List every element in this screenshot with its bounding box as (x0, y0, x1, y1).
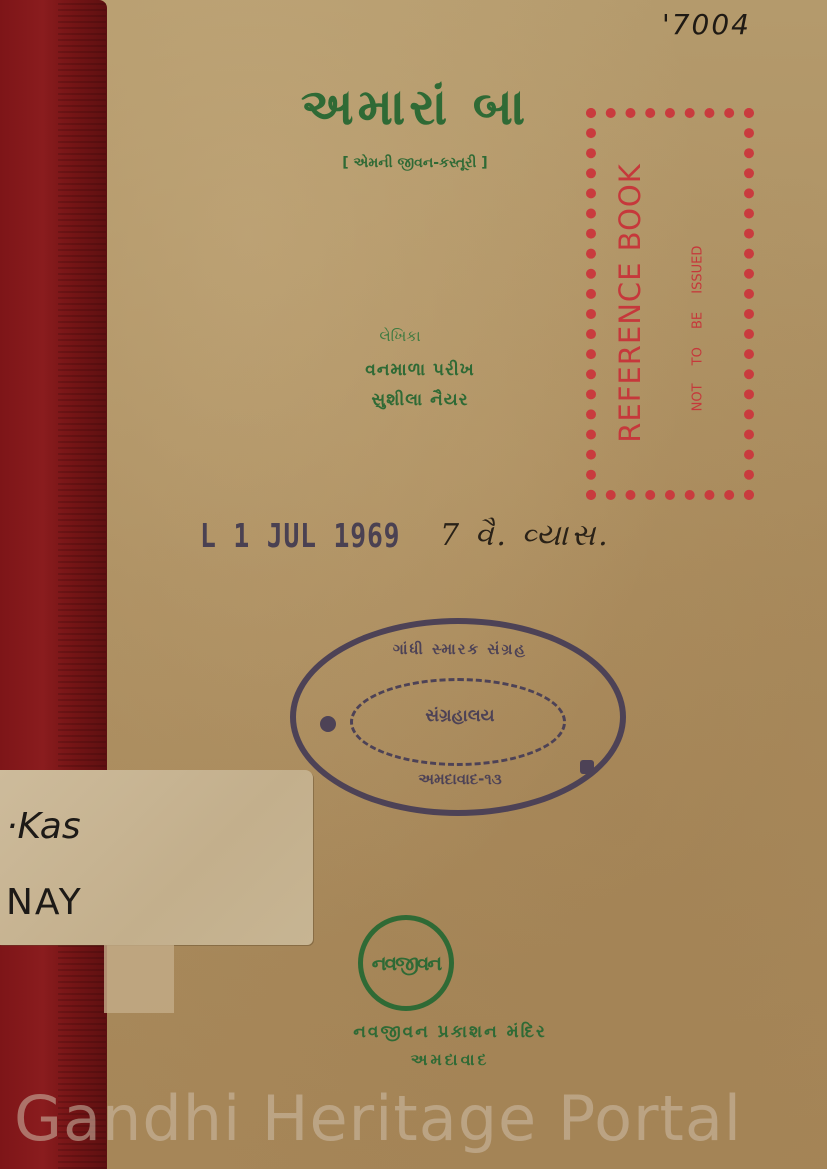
book-spine (0, 0, 107, 1169)
reference-stamp-sub-text: NOT TO BE ISSUED (691, 245, 706, 411)
book-subtitle: [ એમની જીવન-કસ્તૂરી ] (300, 155, 530, 171)
publisher-logo-icon: નવજીવન (358, 915, 454, 1011)
stamp-center-text: સંગ્રહાલય (390, 706, 530, 726)
author-label: લેખિકા (360, 327, 440, 345)
book-cover: '7004 અમારાં બા [ એમની જીવન-કસ્તૂરી ] લે… (0, 0, 827, 1169)
shelf-label: ·Kas NAY (0, 770, 313, 945)
shelf-label-line: NAY (6, 882, 83, 923)
date-stamp: L 1 JUL 1969 (200, 516, 400, 555)
label-residue (104, 945, 174, 1013)
author-name: સુશીલા નૈયર (320, 390, 520, 410)
author-name: વનમાળા પરીખ (320, 360, 520, 380)
reference-stamp-main-text: REFERENCE BOOK (613, 163, 647, 443)
stamp-dot-icon (320, 716, 336, 732)
stamp-bottom-text: અમદાવાદ-૧૩ (370, 770, 550, 788)
book-title: અમારાં બા (265, 78, 565, 137)
handwritten-note: 7 વૈ. વ્યાસ. (440, 518, 611, 553)
publisher-logo-text: નવજીવન (372, 951, 440, 975)
stamp-dot-icon (580, 760, 594, 774)
watermark: Gandhi Heritage Portal (14, 1082, 742, 1155)
accession-number: '7004 (662, 8, 751, 41)
publisher-city: અમદાવાદ (340, 1050, 560, 1070)
stamp-top-text: ગાંધી સ્મારક સંગ્રહ (350, 640, 570, 658)
publisher-name: નવજીવન પ્રકાશન મંદિર (300, 1022, 600, 1042)
reference-book-stamp: REFERENCE BOOK NOT TO BE ISSUED (586, 108, 754, 500)
library-oval-stamp: ગાંધી સ્મારક સંગ્રહ સંગ્રહાલય અમદાવાદ-૧૩ (290, 618, 626, 816)
shelf-label-line: ·Kas (6, 806, 81, 847)
